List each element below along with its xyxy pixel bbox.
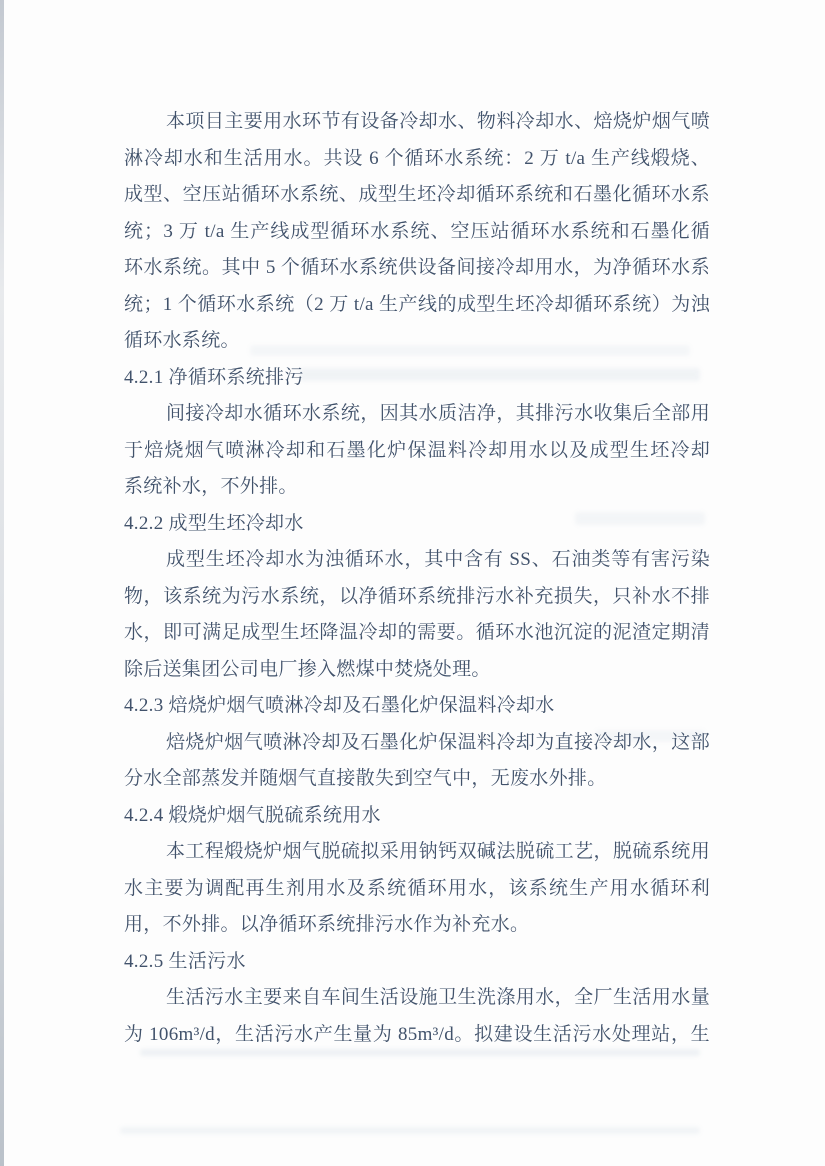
paragraph-line: 焙烧炉烟气喷淋冷却及石墨化炉保温料冷却为直接冷却水，这部 (124, 725, 710, 762)
paragraph-line: 间接冷却水循环水系统，因其水质洁净，其排污水收集后全部用 (124, 396, 710, 433)
paragraph-line: 物，该系统为污水系统，以净循环系统排污水补充损失，只补水不排 (124, 579, 710, 616)
scan-bleed-artifact (120, 1127, 700, 1134)
scan-edge-artifact (0, 0, 4, 1166)
section-heading-4-2-5: 4.2.5 生活污水 (124, 944, 710, 981)
paragraph-line: 分水全部蒸发并随烟气直接散失到空气中，无废水外排。 (124, 761, 710, 798)
paragraph-line: 环水系统。其中 5 个循环水系统供设备间接冷却用水，为净循环水系 (124, 250, 710, 287)
document-text: 本项目主要用水环节有设备冷却水、物料冷却水、焙烧炉烟气喷 淋冷却水和生活用水。共… (124, 104, 710, 1053)
section-heading-4-2-2: 4.2.2 成型生坯冷却水 (124, 506, 710, 543)
paragraph-line: 循环水系统。 (124, 323, 710, 360)
paragraph-line: 本工程煅烧炉烟气脱硫拟采用钠钙双碱法脱硫工艺，脱硫系统用 (124, 834, 710, 871)
paragraph-line: 生活污水主要来自车间生活设施卫生洗涤用水，全厂生活用水量 (124, 980, 710, 1017)
paragraph-line: 水主要为调配再生剂用水及系统循环用水，该系统生产用水循环利 (124, 871, 710, 908)
paragraph-line: 系统补水，不外排。 (124, 469, 710, 506)
paragraph-line: 成型生坯冷却水为浊循环水，其中含有 SS、石油类等有害污染 (124, 542, 710, 579)
paragraph-line: 统；3 万 t/a 生产线成型循环水系统、空压站循环水系统和石墨化循 (124, 214, 710, 251)
paragraph-line: 为 106m³/d，生活污水产生量为 85m³/d。拟建设生活污水处理站，生 (124, 1017, 710, 1054)
section-heading-4-2-3: 4.2.3 焙烧炉烟气喷淋冷却及石墨化炉保温料冷却水 (124, 688, 710, 725)
paragraph-line: 用，不外排。以净循环系统排污水作为补充水。 (124, 907, 710, 944)
paragraph-line: 除后送集团公司电厂掺入燃煤中焚烧处理。 (124, 652, 710, 689)
paragraph-line: 统；1 个循环水系统（2 万 t/a 生产线的成型生坯冷却循环系统）为浊 (124, 287, 710, 324)
paragraph-line: 成型、空压站循环水系统、成型生坯冷却循环系统和石墨化循环水系 (124, 177, 710, 214)
paragraph-line: 本项目主要用水环节有设备冷却水、物料冷却水、焙烧炉烟气喷 (124, 104, 710, 141)
section-heading-4-2-1: 4.2.1 净循环系统排污 (124, 360, 710, 397)
paragraph-line: 于焙烧烟气喷淋冷却和石墨化炉保温料冷却用水以及成型生坯冷却 (124, 433, 710, 470)
scanned-document-page: 本项目主要用水环节有设备冷却水、物料冷却水、焙烧炉烟气喷 淋冷却水和生活用水。共… (0, 0, 825, 1166)
paragraph-line: 淋冷却水和生活用水。共设 6 个循环水系统：2 万 t/a 生产线煅烧、 (124, 141, 710, 178)
paragraph-line: 水，即可满足成型生坯降温冷却的需要。循环水池沉淀的泥渣定期清 (124, 615, 710, 652)
section-heading-4-2-4: 4.2.4 煅烧炉烟气脱硫系统用水 (124, 798, 710, 835)
